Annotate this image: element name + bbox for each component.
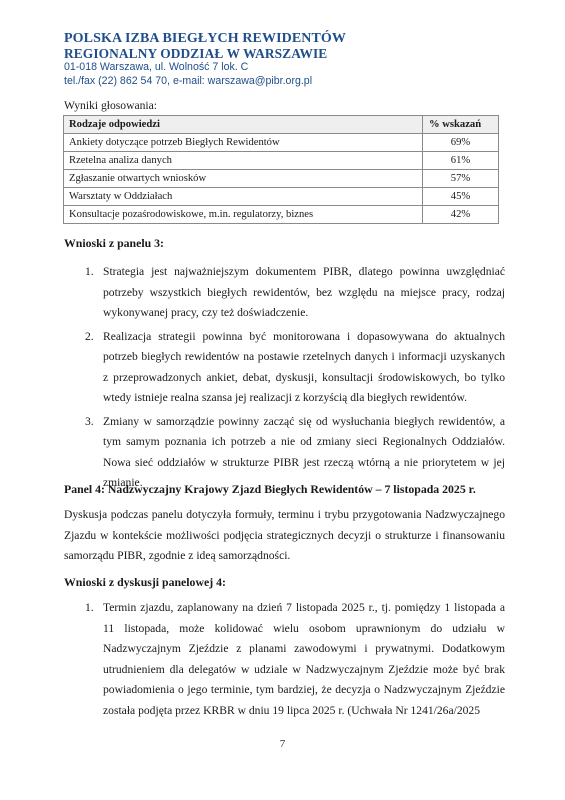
org-name: POLSKA IZBA BIEGŁYCH REWIDENTÓW [64, 31, 346, 46]
list-item: 1. Strategia jest najważniejszym dokumen… [64, 262, 505, 324]
percent-cell: 45% [423, 188, 499, 206]
table-row: Warsztaty w Oddziałach 45% [64, 188, 499, 206]
list-item-number: 2. [85, 327, 94, 348]
list-item: 2. Realizacja strategii powinna być moni… [64, 327, 505, 409]
list-item-number: 1. [85, 598, 94, 619]
answer-cell: Rzetelna analiza danych [64, 152, 423, 170]
panel4-heading: Panel 4: Nadzwyczajny Krajowy Zjazd Bieg… [64, 482, 476, 497]
answer-cell: Warsztaty w Oddziałach [64, 188, 423, 206]
list-item-text: Termin zjazdu, zaplanowany na dzień 7 li… [103, 601, 505, 717]
list-item-number: 3. [85, 412, 94, 433]
voting-results-table: Rodzaje odpowiedzi % wskazań Ankiety dot… [63, 115, 499, 224]
column-header-percent: % wskazań [423, 116, 499, 134]
panel4-conclusions-list: 1. Termin zjazdu, zaplanowany na dzień 7… [64, 598, 505, 724]
list-item-text: Zmiany w samorządzie powinny zacząć się … [103, 415, 505, 490]
panel3-conclusions-list: 1. Strategia jest najważniejszym dokumen… [64, 262, 505, 497]
table-header-row: Rodzaje odpowiedzi % wskazań [64, 116, 499, 134]
list-item-text: Realizacja strategii powinna być monitor… [103, 330, 505, 405]
percent-cell: 42% [423, 206, 499, 224]
list-item: 1. Termin zjazdu, zaplanowany na dzień 7… [64, 598, 505, 721]
page-number: 7 [0, 738, 565, 750]
percent-cell: 69% [423, 134, 499, 152]
org-address: 01-018 Warszawa, ul. Wolność 7 lok. C [64, 61, 346, 75]
table-row: Konsultacje pozaśrodowiskowe, m.in. regu… [64, 206, 499, 224]
column-header-answers: Rodzaje odpowiedzi [64, 116, 423, 134]
panel4-conclusions-heading: Wnioski z dyskusji panelowej 4: [64, 575, 226, 590]
answer-cell: Konsultacje pozaśrodowiskowe, m.in. regu… [64, 206, 423, 224]
list-item-number: 1. [85, 262, 94, 283]
list-item-text: Strategia jest najważniejszym dokumentem… [103, 265, 505, 319]
letterhead: POLSKA IZBA BIEGŁYCH REWIDENTÓW REGIONAL… [64, 31, 346, 88]
panel3-heading: Wnioski z panelu 3: [64, 236, 164, 251]
table-row: Zgłaszanie otwartych wniosków 57% [64, 170, 499, 188]
document-page: POLSKA IZBA BIEGŁYCH REWIDENTÓW REGIONAL… [0, 0, 565, 800]
voting-intro: Wyniki głosowania: [64, 99, 157, 112]
percent-cell: 61% [423, 152, 499, 170]
percent-cell: 57% [423, 170, 499, 188]
panel4-paragraph: Dyskusja podczas panelu dotyczyła formuł… [64, 505, 505, 567]
table-row: Ankiety dotyczące potrzeb Biegłych Rewid… [64, 134, 499, 152]
answer-cell: Ankiety dotyczące potrzeb Biegłych Rewid… [64, 134, 423, 152]
table-row: Rzetelna analiza danych 61% [64, 152, 499, 170]
answer-cell: Zgłaszanie otwartych wniosków [64, 170, 423, 188]
org-branch: REGIONALNY ODDZIAŁ W WARSZAWIE [64, 46, 346, 61]
org-contact: tel./fax (22) 862 54 70, e-mail: warszaw… [64, 75, 346, 89]
